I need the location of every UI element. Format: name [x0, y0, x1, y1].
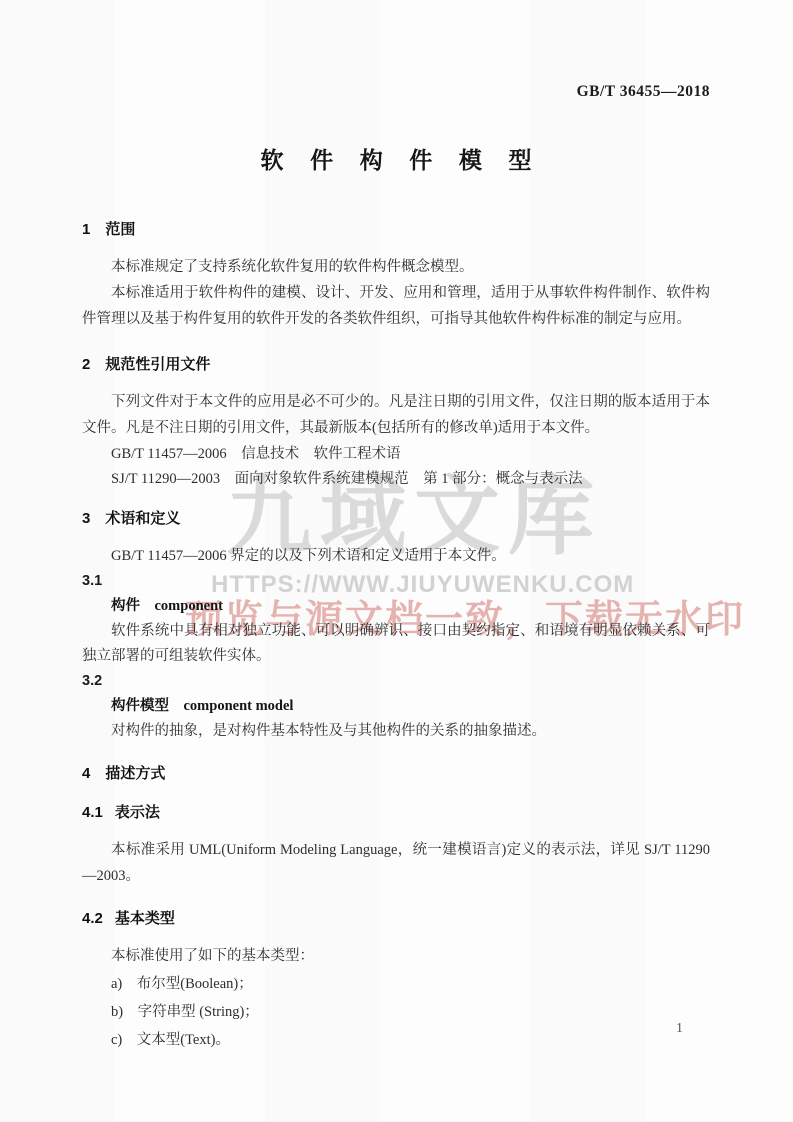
term-name: 构件模型 component model: [82, 694, 710, 719]
reference-item: SJ/T 11290—2003 面向对象软件系统建模规范 第 1 部分：概念与表…: [82, 467, 710, 492]
section-4-number: 4: [82, 765, 90, 783]
section-1-title: 范围: [105, 221, 135, 238]
paragraph: 本标准使用了如下的基本类型：: [82, 943, 710, 969]
section-4-heading: 4描述方式: [82, 765, 710, 783]
section-1-heading: 1范围: [82, 221, 710, 239]
paragraph: 本标准规定了支持系统化软件复用的软件构件概念模型。: [82, 254, 710, 280]
term-entry: 3.2 构件模型 component model 对构件的抽象，是对构件基本特性…: [82, 669, 710, 744]
term-definition: 对构件的抽象，是对构件基本特性及与其他构件的关系的抽象描述。: [82, 719, 710, 744]
list-item: a) 布尔型(Boolean)；: [82, 970, 710, 998]
paragraph: 本标准适用于软件构件的建模、设计、开发、应用和管理，适用于从事软件构件制作、软件…: [82, 280, 710, 332]
section-1-number: 1: [82, 221, 90, 239]
term-number: 3.1: [82, 569, 710, 594]
subsection-4-2-number: 4.2: [82, 910, 103, 928]
section-description-method: 4描述方式 4.1表示法 本标准采用 UML(Uniform Modeling …: [82, 765, 710, 1054]
reference-item: GB/T 11457—2006 信息技术 软件工程术语: [82, 442, 710, 467]
document-page: 九域文库 HTTPS://WWW.JIUYUWENKU.COM 预览与源文档一致…: [0, 0, 793, 1122]
section-2-number: 2: [82, 356, 90, 374]
page-number: 1: [676, 1021, 683, 1037]
section-3-heading: 3术语和定义: [82, 510, 710, 528]
page-content: GB/T 36455—2018 软 件 构 件 模 型 1范围 本标准规定了支持…: [0, 0, 793, 1054]
terms-intro: GB/T 11457—2006 界定的以及下列术语和定义适用于本文件。: [82, 543, 710, 569]
reference-list: GB/T 11457—2006 信息技术 软件工程术语 SJ/T 11290—2…: [82, 442, 710, 492]
term-number: 3.2: [82, 669, 710, 694]
subsection-4-1-title: 表示法: [115, 804, 160, 821]
section-normative-references: 2规范性引用文件 下列文件对于本文件的应用是必不可少的。凡是注日期的引用文件，仅…: [82, 356, 710, 492]
list-item: b) 字符串型 (String)；: [82, 998, 710, 1026]
subsection-4-1-number: 4.1: [82, 804, 103, 822]
paragraph: 本标准采用 UML(Uniform Modeling Language，统一建模…: [82, 837, 710, 889]
section-scope: 1范围 本标准规定了支持系统化软件复用的软件构件概念模型。 本标准适用于软件构件…: [82, 221, 710, 332]
document-title: 软 件 构 件 模 型: [82, 144, 710, 176]
section-3-title: 术语和定义: [105, 510, 180, 527]
section-4-title: 描述方式: [105, 765, 165, 782]
section-2-title: 规范性引用文件: [105, 356, 210, 373]
term-entry: 3.1 构件 component 软件系统中具有相对独立功能、可以明确辨识、接口…: [82, 569, 710, 669]
section-terms-definitions: 3术语和定义 GB/T 11457—2006 界定的以及下列术语和定义适用于本文…: [82, 510, 710, 744]
subsection-4-2-title: 基本类型: [115, 910, 175, 927]
subsection-4-1-heading: 4.1表示法: [82, 804, 710, 822]
section-3-number: 3: [82, 510, 90, 528]
list-item: c) 文本型(Text)。: [82, 1026, 710, 1054]
term-definition: 软件系统中具有相对独立功能、可以明确辨识、接口由契约指定、和语境有明显依赖关系、…: [82, 619, 710, 669]
standard-number: GB/T 36455—2018: [82, 0, 710, 100]
paragraph: 下列文件对于本文件的应用是必不可少的。凡是注日期的引用文件，仅注日期的版本适用于…: [82, 389, 710, 441]
basic-types-list: a) 布尔型(Boolean)； b) 字符串型 (String)； c) 文本…: [82, 970, 710, 1054]
term-name: 构件 component: [82, 594, 710, 619]
subsection-4-2-heading: 4.2基本类型: [82, 910, 710, 928]
section-2-heading: 2规范性引用文件: [82, 356, 710, 374]
